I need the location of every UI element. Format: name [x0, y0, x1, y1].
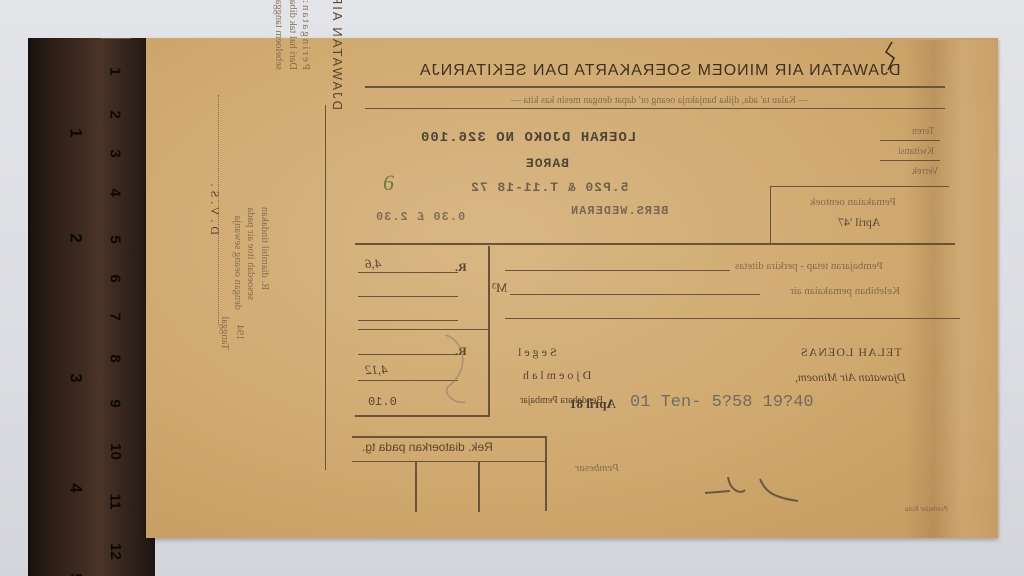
- stamp-text-1: LOERAH DJOKO NO 326.100: [420, 130, 636, 146]
- section-rule: [355, 243, 955, 245]
- ruler-cm-11: 11: [106, 494, 123, 510]
- stamp-date-text: April 81: [570, 396, 616, 412]
- ruler-cm-8: 8: [107, 354, 124, 362]
- tear-mark-icon: [882, 40, 902, 80]
- label-kwitansi: Kwitansi: [898, 146, 934, 157]
- ruler: 1 2 3 4 5 6 7 8 9 10 11 12 1 2 3 4 5: [28, 38, 155, 576]
- validation-stamp-text: 01 Ten- 5?58 19?40: [630, 393, 814, 412]
- field-fixed-payment: Pembajaran tetap - perkira ditetas: [735, 260, 883, 272]
- ruler-inch-2: 2: [66, 233, 86, 242]
- validation-stamp: 01 Ten- 5?58 19?40: [630, 393, 814, 412]
- amount-1: 4,6: [365, 256, 381, 272]
- amount-3: 0.10: [368, 395, 397, 409]
- header-subtitle-wrap: — Kalau ta' ada, djika banjaknja oeang o…: [380, 90, 940, 108]
- ruler-inch-1: 1: [66, 128, 86, 137]
- label-kwitansi-text: Kwitansi: [898, 146, 934, 157]
- notes-line-2-text: sebeloem tanggal 15 APRIL 1947 akan dapa…: [273, 0, 284, 70]
- stamp-line-4: BERS.WEDERAN: [570, 204, 668, 218]
- period-label: Pemakaian oentoek: [810, 196, 896, 208]
- stamp-text-3: 5.P20 & T.11-18 72: [470, 180, 628, 195]
- notes-line-6-text: Tanggal: [219, 316, 230, 350]
- paid-label-text: TELAH LOENAS: [800, 345, 902, 360]
- stamp-line-5: 0.30 £ 2.30: [375, 210, 465, 224]
- bottom-table-header: Rek. diatoerkan pada tg.: [362, 440, 493, 454]
- stamp-date: April 81: [570, 396, 616, 412]
- signature-label-text: Pembesar: [575, 462, 619, 474]
- stamp-text-2: BAROE: [525, 156, 569, 171]
- seal-label: Segel: [515, 345, 557, 360]
- vertical-rule: [325, 105, 326, 470]
- ruler-inch-4: 4: [66, 483, 86, 492]
- ruler-cm-7: 7: [107, 312, 124, 320]
- seal-label-text: Segel: [515, 345, 557, 360]
- ruler-inch-3: 3: [66, 373, 86, 382]
- pencil-scribble-icon: [425, 330, 475, 410]
- ruler-cm-1: 1: [107, 67, 124, 75]
- notes-line-1-text: Dari hal tak dibajarnja rekening: [287, 0, 298, 70]
- handwritten-mark: 6: [383, 170, 394, 196]
- bottom-table-header-text: Rek. diatoerkan pada tg.: [362, 440, 493, 454]
- field-excess-usage: Kelebihan pemakaian air: [790, 285, 900, 297]
- ruler-cm-2: 2: [107, 110, 124, 118]
- ruler-cm-3: 3: [107, 149, 124, 157]
- amount-1-text: 4,6: [365, 256, 381, 272]
- notes-signature: D.V.S.: [222, 235, 277, 250]
- stamp-line-2: BAROE: [525, 156, 569, 171]
- header-subtitle: — Kalau ta' ada, djika banjaknja oeang o…: [511, 95, 808, 106]
- notes-year-text: 194: [234, 325, 245, 340]
- notes-line-5-text: dengan oeang sewanja: [232, 216, 243, 310]
- handwritten-mark-text: 6: [383, 170, 394, 195]
- total-label-text: Djoemlah: [520, 368, 591, 383]
- stamp-text-4: BERS.WEDERAN: [570, 204, 668, 218]
- vertical-title-text: DJAWATAN AIR MINOEM SOERAKARTA: [330, 0, 345, 110]
- field-unit: M³: [492, 280, 507, 296]
- stamp-text-5: 0.30 £ 2.30: [375, 210, 465, 224]
- total-label: Djoemlah: [520, 368, 591, 383]
- label-teren-text: Teren: [912, 126, 935, 137]
- label-verrek: Verrek: [912, 166, 939, 177]
- ruler-cm-9: 9: [107, 399, 124, 407]
- ruler-cm-5: 5: [107, 235, 124, 243]
- company-label-text: Djawatan Air Minoem,: [795, 370, 906, 385]
- subtitle-rule: [365, 108, 945, 109]
- header-rule: [365, 86, 945, 88]
- label-verrek-text: Verrek: [912, 166, 939, 177]
- signature-icon: [700, 465, 810, 510]
- period-value-text: April '47: [838, 215, 881, 230]
- notes-year: 194: [245, 340, 260, 351]
- notes-signature-text: D.V.S.: [207, 180, 222, 235]
- field-fixed-payment-text: Pembajaran tetap - perkira ditetas: [735, 260, 883, 272]
- vertical-title: DJAWATAN AIR MINOEM SOERAKARTA: [345, 110, 647, 125]
- notes-heading-text: Peringatan:: [300, 0, 312, 70]
- footer-note: Pembajar Kota: [905, 505, 948, 513]
- notes-line-5: dengan oeang sewanja: [243, 310, 337, 321]
- stamp-line-3: 5.P20 & T.11-18 72: [470, 180, 628, 195]
- label-teren: Teren: [912, 126, 935, 137]
- footer-note-text: Pembajar Kota: [905, 505, 948, 513]
- field-unit-text: M³: [492, 280, 507, 296]
- amount-2: 4,12: [365, 362, 388, 378]
- header-title: DJAWATAN AIR MINOEM SOERAKARTA DAN SEKIT…: [419, 62, 901, 80]
- notes-line-2: sebeloem tanggal 15 APRIL 1947 akan dapa…: [284, 70, 474, 81]
- amount-3-text: 0.10: [368, 395, 397, 409]
- period-value: April '47: [838, 215, 881, 230]
- signature-label: Pembesar: [575, 462, 619, 474]
- ruler-cm-12: 12: [107, 543, 124, 560]
- paid-label: TELAH LOENAS: [800, 345, 902, 360]
- notes-line-4-text: sesoedah itoe air pada: [245, 208, 256, 300]
- ruler-cm-4: 4: [107, 188, 124, 196]
- paper-fold-edge: [905, 40, 1000, 538]
- ruler-cm-6: 6: [107, 274, 124, 282]
- ruler-cm-10: 10: [107, 443, 124, 460]
- company-label: Djawatan Air Minoem,: [795, 370, 906, 385]
- stamp-line-1: LOERAH DJOKO NO 326.100: [420, 130, 636, 146]
- amount-2-text: 4,12: [365, 362, 388, 378]
- field-excess-usage-text: Kelebihan pemakaian air: [790, 285, 900, 297]
- period-label-text: Pemakaian oentoek: [810, 196, 896, 208]
- notes-line-6: Tanggal: [230, 350, 264, 361]
